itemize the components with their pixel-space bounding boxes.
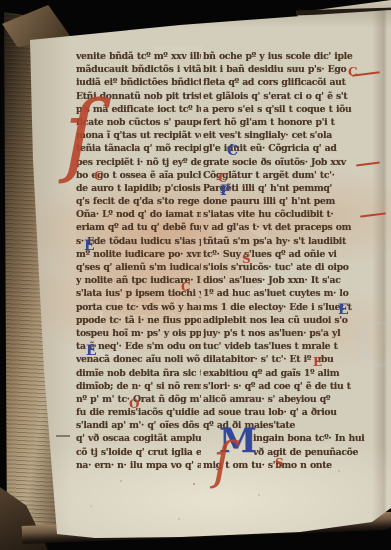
manuscript-text-line: bñ oche pº y ius scole dic' iple	[203, 50, 365, 63]
parchment-specks	[0, 0, 2, 2]
pen-flourish-vertical: ſ	[64, 90, 97, 180]
rubric-capitulum-mark: O	[129, 398, 139, 410]
manuscript-text-line: dilatabitor· s' tc'· Et iº ubu	[203, 353, 365, 366]
pencil-margin-mark	[56, 435, 70, 437]
manuscript-text-line: v ad gl'as t· vt det praceps om	[203, 221, 365, 234]
coloured-initial: C	[227, 144, 238, 158]
manuscript-text-line: tuc' videb tas'lues t mrale t	[203, 340, 365, 353]
manuscript-text-line: s'iois s'ruicõs· tuc' ate di oipo	[203, 261, 365, 274]
coloured-initial: P	[220, 184, 231, 198]
rubric-capitulum-mark: C	[181, 281, 191, 293]
pen-flourish-vertical: ſ	[213, 436, 232, 487]
manuscript-text-line: tcº· Suy s'lues qº ad oñie vi	[203, 248, 365, 261]
page-surface: FLGC Fundación Lázaro Galdiano venite bñ…	[0, 0, 391, 550]
manuscript-text-line: dimĩe nob debita ñra sic t nos	[76, 367, 201, 380]
manuscript-text-line: dimĩob; de n· q' si nõ remiscius	[76, 380, 201, 393]
manuscript-text-line: vð agit de penuñacõe	[253, 446, 365, 459]
manuscript-text-line: s'iatas vite hu cõcludibit t·	[203, 208, 365, 221]
text-column-right: bñ oche pº y ius scole dic' iplebit i ba…	[203, 50, 365, 472]
coloured-initial: E	[338, 303, 349, 317]
manuscript-text-line: cõ tj s'loide q' crut iglia eĩ	[76, 446, 201, 459]
manuscript-text-line: porta cue tc· vds wõ y hanta	[76, 301, 201, 314]
manuscript-text-line: ingain bona tcº· In hui	[253, 432, 365, 445]
rubric-capitulum-mark: S	[242, 253, 251, 265]
manuscript-text-line: Oña· Lº nod q' do iamat nos t	[76, 208, 201, 221]
manuscript-text-line: a pero s'ei s q'sil t coque t iõu	[203, 103, 365, 116]
manuscript-text-line: ad soue trau lob· q' a ðriou	[203, 406, 365, 419]
manuscript-text-line: et glãlois q' s'erat ci o q' ẽ s't	[203, 90, 365, 103]
manuscript-text-line: fert hõ gl'am t honore p'i t	[203, 116, 365, 129]
manuscript-text-line: juy· p's t nos as'luen· ps'a yl	[203, 327, 365, 340]
coloured-initial: E	[86, 344, 97, 358]
manuscript-text-line: eit ves't singlialy· cet s'ola	[203, 129, 365, 142]
manuscript-text-line: q'ses q' alienũ s'm iudicat rou	[76, 261, 201, 274]
manuscript-text-line: q' vð oscaa cogitãt amplu	[76, 432, 201, 445]
rubric-capitulum-mark: E	[313, 356, 322, 368]
manuscript-text-line: q's fecit de q'da s'to rege ilme	[76, 195, 201, 208]
manuscript-photograph: FLGC Fundación Lázaro Galdiano venite bñ…	[0, 0, 391, 550]
manuscript-text-line: tospeu hoĩ m· ps' y ois ppot	[76, 327, 201, 340]
manuscript-text-line: exabitiou qº ad gaĩs 1º alim	[203, 367, 365, 380]
manuscript-text-line: s'lori· s· qº ad coe q' ẽ de tiu t	[203, 380, 365, 393]
manuscript-text-line: bit i bañ desidiu suu p's· Ego	[203, 63, 365, 76]
manuscript-text-line: alicõ amrau· s' abeyiou qº	[203, 393, 365, 406]
manuscript-text-line: fleta qº ad cors glificacõi aut	[203, 76, 365, 89]
coloured-initial: E	[84, 239, 95, 253]
manuscript-text-line: mãducauit bñdictõs i vitã tcº pº	[76, 63, 201, 76]
manuscript-text-line: s'landi ap' m'· q' oĩes dõs q's h'	[76, 419, 201, 432]
manuscript-text-line: eriam qº ad tu q' debẽ fuge toiue	[76, 221, 201, 234]
manuscript-text-line: 1º ad huc as'luet cuytes m· lo	[203, 287, 365, 300]
manuscript-text-line: s· Ede tõdau iudicu s'ias psemi	[76, 235, 201, 248]
manuscript-text-line: venite bñdã tcº mº xxv illum	[76, 50, 201, 63]
manuscript-text-line: tñtaũ s'm ps'a hy· s't laudibit	[203, 235, 365, 248]
manuscript-text-line: ppode tc· tã i· ne fius ppoĩa	[76, 314, 201, 327]
manuscript-text-line: mº nolite iudicare po· xvn· di	[76, 248, 201, 261]
manuscript-text-line: dios' as'lues· Job xxn· It s'ac	[203, 274, 365, 287]
rubric-capitulum-mark: C	[94, 170, 104, 182]
manuscript-text-line: na· ern· n· ilu mpa vo q' ad aie	[76, 459, 201, 472]
parchment-page: FLGC Fundación Lázaro Galdiano venite bñ…	[0, 0, 391, 550]
rubric-capitulum-mark: S	[275, 457, 284, 469]
